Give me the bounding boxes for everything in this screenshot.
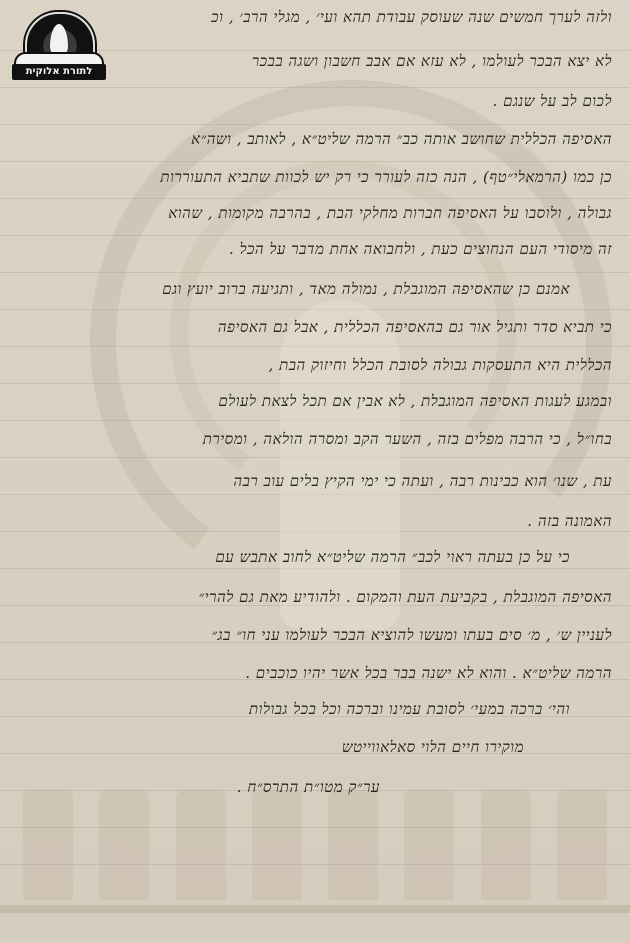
watermark-letter <box>99 790 149 900</box>
letter-line: ולזה לערך חמשים שנה שעוסק עבודת תהא ועי׳… <box>211 8 612 27</box>
logo-text: לתורת אלוקית <box>12 64 106 80</box>
letter-signature: מוקירו חיים הלוי סאלאווייטש <box>342 738 524 757</box>
letter-line: והי׳ ברכה במעי׳ לסובת עמינו וברכה וכל בכ… <box>249 700 570 719</box>
letter-line: כן כמו (הרמאלי״טף) , הנה כזה לעורר כי רק… <box>160 168 612 187</box>
watermark-letter <box>252 790 302 900</box>
open-book-icon <box>16 54 102 64</box>
letter-line: לא יצא הבכר לעולמו , לא עזא אם אבב חשבון… <box>252 52 612 71</box>
document-page: לתורת אלוקית ולזה לערך חמשים שנה שעוסק ע… <box>0 0 630 943</box>
letter-date: ער״ק מטו״ת התרס״ח . <box>237 778 380 797</box>
watermark-flame-icon <box>280 300 400 630</box>
watermark-letter <box>23 790 73 900</box>
letter-line: האסיפה הכללית שחושב אותה כב״ הרמה שליט״א… <box>191 130 612 149</box>
letter-line: בחו״ל , כי הרבה מפלים בזה , השער הקב ומס… <box>203 430 612 449</box>
letter-line: גבולה , ולוסבו על האסיפה חברות מחלקי הבת… <box>168 204 612 223</box>
letter-line: לכום לב על שנגם . <box>493 92 612 111</box>
letter-line: כי תביא סדר ותגיל אור גם בהאסיפה הכללית … <box>218 318 612 337</box>
letter-line: האסיפה המוגבלת , בקביעת העת והמקום . ולה… <box>198 588 612 607</box>
page-bottom-edge <box>0 905 630 913</box>
letter-line: אמנם כן שהאסיפה המוגבלת , נמולה מאד , ות… <box>162 280 570 299</box>
watermark-letter <box>481 790 531 900</box>
letter-line: זה מיסודי העם הנחוצים כעת , ולחבואה אחת … <box>229 240 612 259</box>
watermark-letter <box>328 790 378 900</box>
publisher-logo: לתורת אלוקית <box>12 10 106 82</box>
letter-line: כי על כן בעתה ראוי לכב״ הרמה שליט״א לחוב… <box>215 548 570 567</box>
letter-line: ובמגע לעגות האסיפה המוגבלת , לא אבין אם … <box>218 392 612 411</box>
letter-line: הכללית היא התעסקות גבולה לסובת הכלל וחיז… <box>269 356 612 375</box>
letter-line: האמונה בזה . <box>527 512 612 531</box>
letter-line: הרמה שליט״א . והוא לא ישנה בבר בכל אשר י… <box>245 664 612 683</box>
watermark-letters <box>0 790 630 900</box>
watermark-letter <box>557 790 607 900</box>
watermark-letter <box>176 790 226 900</box>
letter-line: לעניין ש׳ , מ׳ סים בעתו ומעשו להוציא הבכ… <box>211 626 612 645</box>
watermark-letter <box>404 790 454 900</box>
letter-line: עת , שנו׳ הוא כבינות רבה , ועתה כי ימי ה… <box>233 472 612 491</box>
